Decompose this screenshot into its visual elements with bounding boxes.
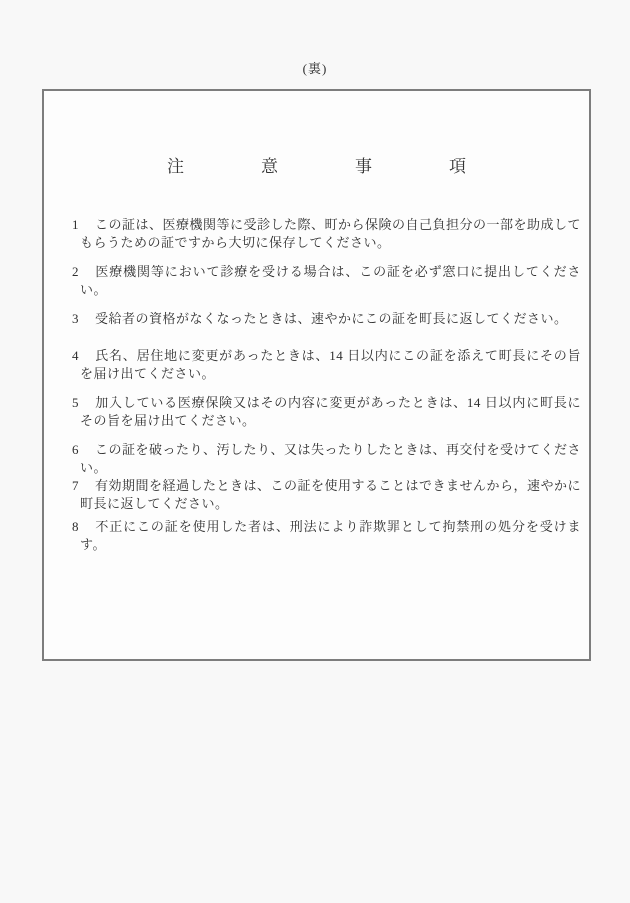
notice-list: 1この証は、医療機関等に受診した際、町から保険の自己負担分の一部を助成してもらう…: [44, 216, 589, 554]
notice-item: 7有効期間を経過したときは、この証を使用することはできませんから，速やかに町長に…: [80, 477, 581, 513]
item-text: この証は、医療機関等に受診した際、町から保険の自己負担分の一部を助成してもらうた…: [80, 217, 581, 250]
item-number: 3: [72, 310, 95, 328]
item-number: 6: [72, 441, 95, 459]
item-number: 2: [72, 263, 95, 281]
document-page: (裏) 注 意 事 項 1この証は、医療機関等に受診した際、町から保険の自己負担…: [0, 0, 630, 903]
item-number: 1: [72, 216, 95, 234]
item-number: 5: [72, 394, 95, 412]
notice-item: 3受給者の資格がなくなったときは、速やかにこの証を町長に返してください。: [80, 310, 581, 328]
item-number: 7: [72, 477, 95, 495]
notice-item: 4氏名、居住地に変更があったときは、14 日以内にこの証を添えて町長にその旨を届…: [80, 347, 581, 383]
item-text: 有効期間を経過したときは、この証を使用することはできませんから，速やかに町長に返…: [80, 478, 581, 511]
item-text: 受給者の資格がなくなったときは、速やかにこの証を町長に返してください。: [95, 311, 568, 326]
notice-item: 1この証は、医療機関等に受診した際、町から保険の自己負担分の一部を助成してもらう…: [80, 216, 581, 252]
item-number: 8: [72, 518, 95, 536]
item-text: 氏名、居住地に変更があったときは、14 日以内にこの証を添えて町長にその旨を届け…: [80, 348, 581, 381]
item-number: 4: [72, 347, 95, 365]
notice-item: 6この証を破ったり、汚したり、又は失ったりしたときは、再交付を受けてください。: [80, 441, 581, 477]
item-text: 医療機関等において診療を受ける場合は、この証を必ず窓口に提出してください。: [80, 264, 581, 297]
notice-frame: 注 意 事 項 1この証は、医療機関等に受診した際、町から保険の自己負担分の一部…: [42, 89, 591, 661]
item-text: 不正にこの証を使用した者は、刑法により詐欺罪として拘禁刑の処分を受けます。: [80, 519, 581, 552]
page-side-label: (裏): [0, 58, 630, 77]
notice-item: 8不正にこの証を使用した者は、刑法により詐欺罪として拘禁刑の処分を受けます。: [80, 518, 581, 554]
item-text: 加入している医療保険又はその内容に変更があったときは、14 日以内に町長にその旨…: [80, 395, 581, 428]
notice-item: 2医療機関等において診療を受ける場合は、この証を必ず窓口に提出してください。: [80, 263, 581, 299]
notice-title: 注 意 事 項: [44, 152, 589, 177]
notice-item: 5加入している医療保険又はその内容に変更があったときは、14 日以内に町長にその…: [80, 394, 581, 430]
item-text: この証を破ったり、汚したり、又は失ったりしたときは、再交付を受けてください。: [80, 442, 581, 475]
